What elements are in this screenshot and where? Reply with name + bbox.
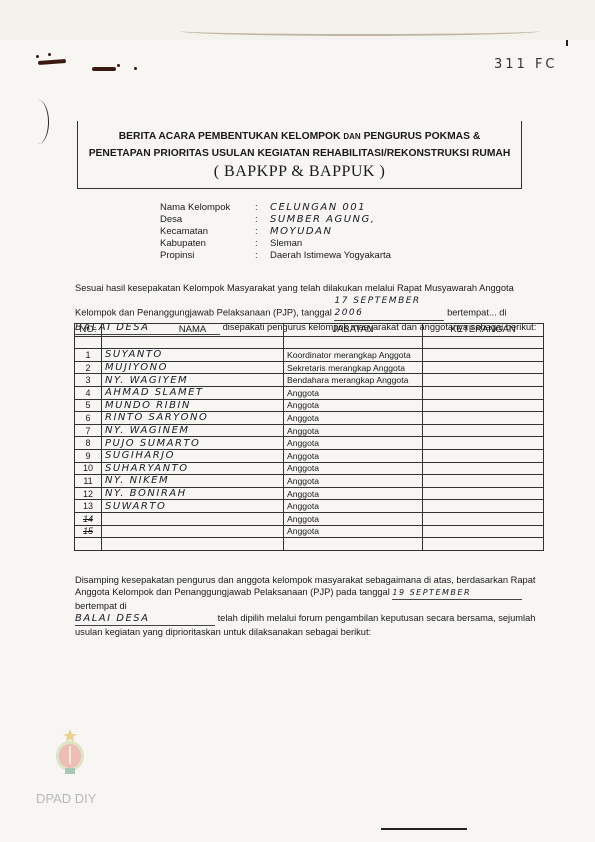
row-number: 11 xyxy=(75,475,102,488)
member-position: Anggota xyxy=(284,500,423,513)
colon: : xyxy=(255,250,270,262)
member-remarks xyxy=(423,475,544,488)
member-remarks xyxy=(423,487,544,500)
member-name: SUHARYANTO xyxy=(102,462,284,475)
table-row: 11NY. NIKEMAnggota xyxy=(75,475,544,488)
info-label: Kabupaten xyxy=(160,238,255,250)
table-row: 10SUHARYANTOAnggota xyxy=(75,462,544,475)
member-name xyxy=(102,336,284,349)
info-label: Desa xyxy=(160,214,255,226)
ink-mark xyxy=(566,40,568,46)
colon: : xyxy=(255,226,270,238)
member-position: Anggota xyxy=(284,449,423,462)
member-remarks xyxy=(423,412,544,425)
ink-dot xyxy=(117,64,120,67)
member-remarks xyxy=(423,399,544,412)
group-info: Nama Kelompok:CELUNGAN 001Desa:SUMBER AG… xyxy=(160,202,391,262)
column-header: JABATAN xyxy=(284,324,423,337)
member-remarks xyxy=(423,449,544,462)
dpad-emblem-icon xyxy=(50,728,90,776)
member-position: Anggota xyxy=(284,437,423,450)
table-row: 4AHMAD SLAMETAnggota xyxy=(75,386,544,399)
table-row: 1SUYANTOKoordinator merangkap Anggota xyxy=(75,349,544,362)
row-number: 12 xyxy=(75,487,102,500)
member-name: AHMAD SLAMET xyxy=(102,386,284,399)
info-value: MOYUDAN xyxy=(270,226,332,238)
meeting-date-1: 17 SEPTEMBER 2006 xyxy=(334,295,444,321)
row-number: 15 xyxy=(75,525,102,538)
member-remarks xyxy=(423,424,544,437)
member-position: Anggota xyxy=(284,399,423,412)
table-row: 5MUNDO RIBINAnggota xyxy=(75,399,544,412)
column-header: NAMA xyxy=(102,324,284,337)
info-row: Propinsi:Daerah Istimewa Yogyakarta xyxy=(160,250,391,262)
ink-dot xyxy=(36,55,39,58)
member-position: Anggota xyxy=(284,487,423,500)
ink-mark xyxy=(92,67,116,71)
info-row: Nama Kelompok:CELUNGAN 001 xyxy=(160,202,391,214)
member-name: NY. WAGIYEM xyxy=(102,374,284,387)
meeting-place-2: BALAI DESA xyxy=(75,613,215,626)
member-remarks xyxy=(423,538,544,551)
member-remarks xyxy=(423,500,544,513)
member-name xyxy=(102,525,284,538)
row-number xyxy=(75,538,102,551)
document-header: BERITA ACARA PEMBENTUKAN KELOMPOK DAN PE… xyxy=(77,121,522,189)
table-row: 12NY. BONIRAHAnggota xyxy=(75,487,544,500)
member-name: MUJIYONO xyxy=(102,361,284,374)
member-remarks xyxy=(423,374,544,387)
row-number: 2 xyxy=(75,361,102,374)
header-line-2: PENETAPAN PRIORITAS USULAN KEGIATAN REHA… xyxy=(78,148,521,159)
watermark: DPAD DIY xyxy=(36,791,96,806)
row-number: 10 xyxy=(75,462,102,475)
member-position: Anggota xyxy=(284,386,423,399)
colon: : xyxy=(255,214,270,226)
info-value: Sleman xyxy=(270,238,302,250)
member-remarks xyxy=(423,525,544,538)
signature-line xyxy=(381,828,467,830)
colon: : xyxy=(255,202,270,214)
members-table: NO:NAMAJABATANKETERANGAN 1SUYANTOKoordin… xyxy=(74,323,544,551)
member-name: PUJO SUMARTO xyxy=(102,437,284,450)
member-position xyxy=(284,538,423,551)
member-position xyxy=(284,336,423,349)
table-row: 14Anggota xyxy=(75,512,544,525)
member-position: Anggota xyxy=(284,512,423,525)
info-row: Desa:SUMBER AGUNG, xyxy=(160,214,391,226)
member-name xyxy=(102,512,284,525)
table-row: 8PUJO SUMARTOAnggota xyxy=(75,437,544,450)
table-row: 3NY. WAGIYEMBendahara merangkap Anggota xyxy=(75,374,544,387)
row-number: 14 xyxy=(75,512,102,525)
ink-mark xyxy=(38,59,66,65)
colon: : xyxy=(255,238,270,250)
member-name: MUNDO RIBIN xyxy=(102,399,284,412)
member-remarks xyxy=(423,386,544,399)
member-name: SUGIHARJO xyxy=(102,449,284,462)
paragraph-2: Disamping kesepakatan pengurus dan anggo… xyxy=(75,574,540,638)
row-number: 6 xyxy=(75,412,102,425)
row-number: 7 xyxy=(75,424,102,437)
column-header: KETERANGAN xyxy=(423,324,544,337)
info-value: CELUNGAN 001 xyxy=(270,202,366,214)
ink-dot xyxy=(134,67,137,70)
info-label: Propinsi xyxy=(160,250,255,262)
header-line-3: ( BAPKPP & BAPPUK ) xyxy=(78,163,521,181)
member-position: Bendahara merangkap Anggota xyxy=(284,374,423,387)
member-name: NY. WAGINEM xyxy=(102,424,284,437)
member-position: Anggota xyxy=(284,412,423,425)
member-remarks xyxy=(423,512,544,525)
table-row xyxy=(75,336,544,349)
member-remarks xyxy=(423,462,544,475)
table-row xyxy=(75,538,544,551)
row-number: 8 xyxy=(75,437,102,450)
table-row: 6RINTO SARYONOAnggota xyxy=(75,412,544,425)
member-remarks xyxy=(423,437,544,450)
info-row: Kecamatan:MOYUDAN xyxy=(160,226,391,238)
table-row: 2MUJIYONOSekretaris merangkap Anggota xyxy=(75,361,544,374)
member-position: Anggota xyxy=(284,462,423,475)
member-remarks xyxy=(423,361,544,374)
info-value: SUMBER AGUNG, xyxy=(270,214,375,226)
member-position: Sekretaris merangkap Anggota xyxy=(284,361,423,374)
member-name: NY. BONIRAH xyxy=(102,487,284,500)
table-row: 13SUWARTOAnggota xyxy=(75,500,544,513)
archive-note: 311 FC xyxy=(494,57,558,72)
member-name: SUWARTO xyxy=(102,500,284,513)
member-position: Koordinator merangkap Anggota xyxy=(284,349,423,362)
member-name: NY. NIKEM xyxy=(102,475,284,488)
row-number: 1 xyxy=(75,349,102,362)
row-number: 13 xyxy=(75,500,102,513)
member-remarks xyxy=(423,349,544,362)
member-name: RINTO SARYONO xyxy=(102,412,284,425)
punch-hole-mark xyxy=(28,100,49,144)
row-number: 9 xyxy=(75,449,102,462)
table-row: 15Anggota xyxy=(75,525,544,538)
scan-top-edge xyxy=(0,0,595,40)
info-label: Nama Kelompok xyxy=(160,202,255,214)
member-position: Anggota xyxy=(284,475,423,488)
ink-dot xyxy=(48,53,51,56)
row-number: 4 xyxy=(75,386,102,399)
member-remarks xyxy=(423,336,544,349)
info-row: Kabupaten:Sleman xyxy=(160,238,391,250)
info-value: Daerah Istimewa Yogyakarta xyxy=(270,250,391,262)
table-row: 7NY. WAGINEMAnggota xyxy=(75,424,544,437)
member-position: Anggota xyxy=(284,424,423,437)
column-header: NO: xyxy=(75,324,102,337)
member-name xyxy=(102,538,284,551)
member-name: SUYANTO xyxy=(102,349,284,362)
row-number: 3 xyxy=(75,374,102,387)
table-row: 9SUGIHARJOAnggota xyxy=(75,449,544,462)
member-position: Anggota xyxy=(284,525,423,538)
row-number: 5 xyxy=(75,399,102,412)
row-number xyxy=(75,336,102,349)
header-line-1: BERITA ACARA PEMBENTUKAN KELOMPOK DAN PE… xyxy=(78,131,521,142)
info-label: Kecamatan xyxy=(160,226,255,238)
meeting-date-2: 19 SEPTEMBER xyxy=(392,587,522,600)
